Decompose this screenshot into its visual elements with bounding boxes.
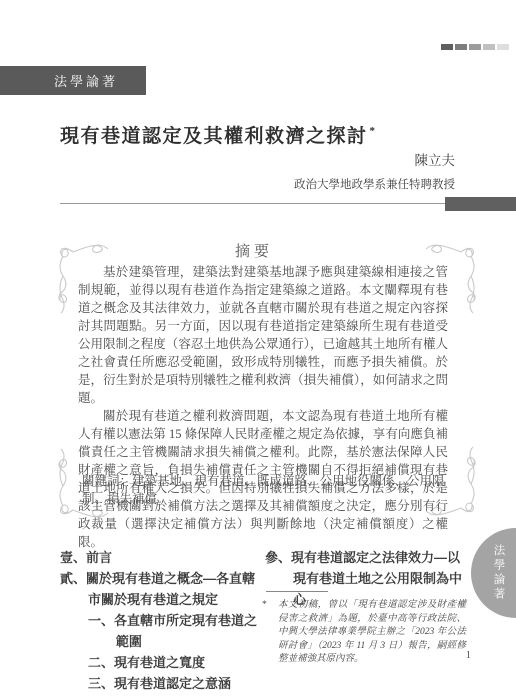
toc-item: 貳、關於現有巷道之概念—各直轄市關於現有巷道之規定 xyxy=(60,568,258,610)
gradient-square xyxy=(497,44,509,50)
toc-left-column: 壹、前言 貳、關於現有巷道之概念—各直轄市關於現有巷道之規定 一、各直轄市所定現… xyxy=(60,547,258,694)
author-affiliation: 政治大學地政學系兼任特聘教授 xyxy=(294,176,455,192)
abstract-paragraph-1: 基於建築管理，建築法對建築基地課予應與建築線相連接之管制規範，並得以現有巷道作為… xyxy=(78,263,448,407)
category-label-bar: 法學論著 xyxy=(0,66,146,95)
journal-page: 法學論著 現有巷道認定及其權利救濟之探討* 陳立夫 政治大學地政學系兼任特聘教授 xyxy=(0,0,516,700)
gradient-square xyxy=(469,44,481,50)
author-name: 陳立夫 xyxy=(294,149,455,169)
footnote-text: 本文初稿，曾以「現有巷道認定涉及財產權侵害之救濟」為題，於臺中高等行政法院、中興… xyxy=(262,599,466,667)
keywords-line: 關鍵詞：建築基地、現有巷道、既成道路、公用地役關係、公用限制、損失補償 xyxy=(82,471,452,507)
page-title-text: 現有巷道認定及其權利救濟之探討 xyxy=(60,126,368,147)
footnote: * 本文初稿，曾以「現有巷道認定涉及財產權侵害之救濟」為題，於臺中高等行政法院、… xyxy=(262,599,466,667)
page-number: 1 xyxy=(466,650,471,661)
gradient-square xyxy=(483,44,495,50)
title-footnote-marker: * xyxy=(370,125,377,137)
toc-item: 二、現有巷道之寬度 xyxy=(88,652,258,673)
toc-item: 一、各直轄市所定現有巷道之範圍 xyxy=(88,610,258,652)
toc-item: 壹、前言 xyxy=(60,547,258,568)
keywords-text: 建築基地、現有巷道、既成道路、公用地役關係、公用限制、損失補償 xyxy=(82,474,445,506)
footnote-divider xyxy=(266,591,328,592)
toc-item: 三、現有巷道認定之意涵 xyxy=(88,673,258,694)
footnote-marker: * xyxy=(262,599,267,613)
category-label: 法學論著 xyxy=(54,71,118,90)
section-side-tab-label: 法學論著 xyxy=(491,544,507,602)
gradient-square xyxy=(441,44,453,50)
keywords-label: 關鍵詞： xyxy=(82,474,132,488)
header-divider xyxy=(60,203,446,204)
header-accent-block xyxy=(445,197,516,211)
byline: 陳立夫 政治大學地政學系兼任特聘教授 xyxy=(294,149,455,192)
abstract-body: 基於建築管理，建築法對建築基地課予應與建築線相連接之管制規範，並得以現有巷道作為… xyxy=(78,263,448,551)
section-side-tab: 法學論著 xyxy=(471,528,516,618)
abstract-heading: 摘要 xyxy=(60,240,448,261)
gradient-square xyxy=(455,44,467,50)
corner-gradient-squares xyxy=(441,44,509,50)
page-title: 現有巷道認定及其權利救濟之探討* xyxy=(60,121,377,148)
